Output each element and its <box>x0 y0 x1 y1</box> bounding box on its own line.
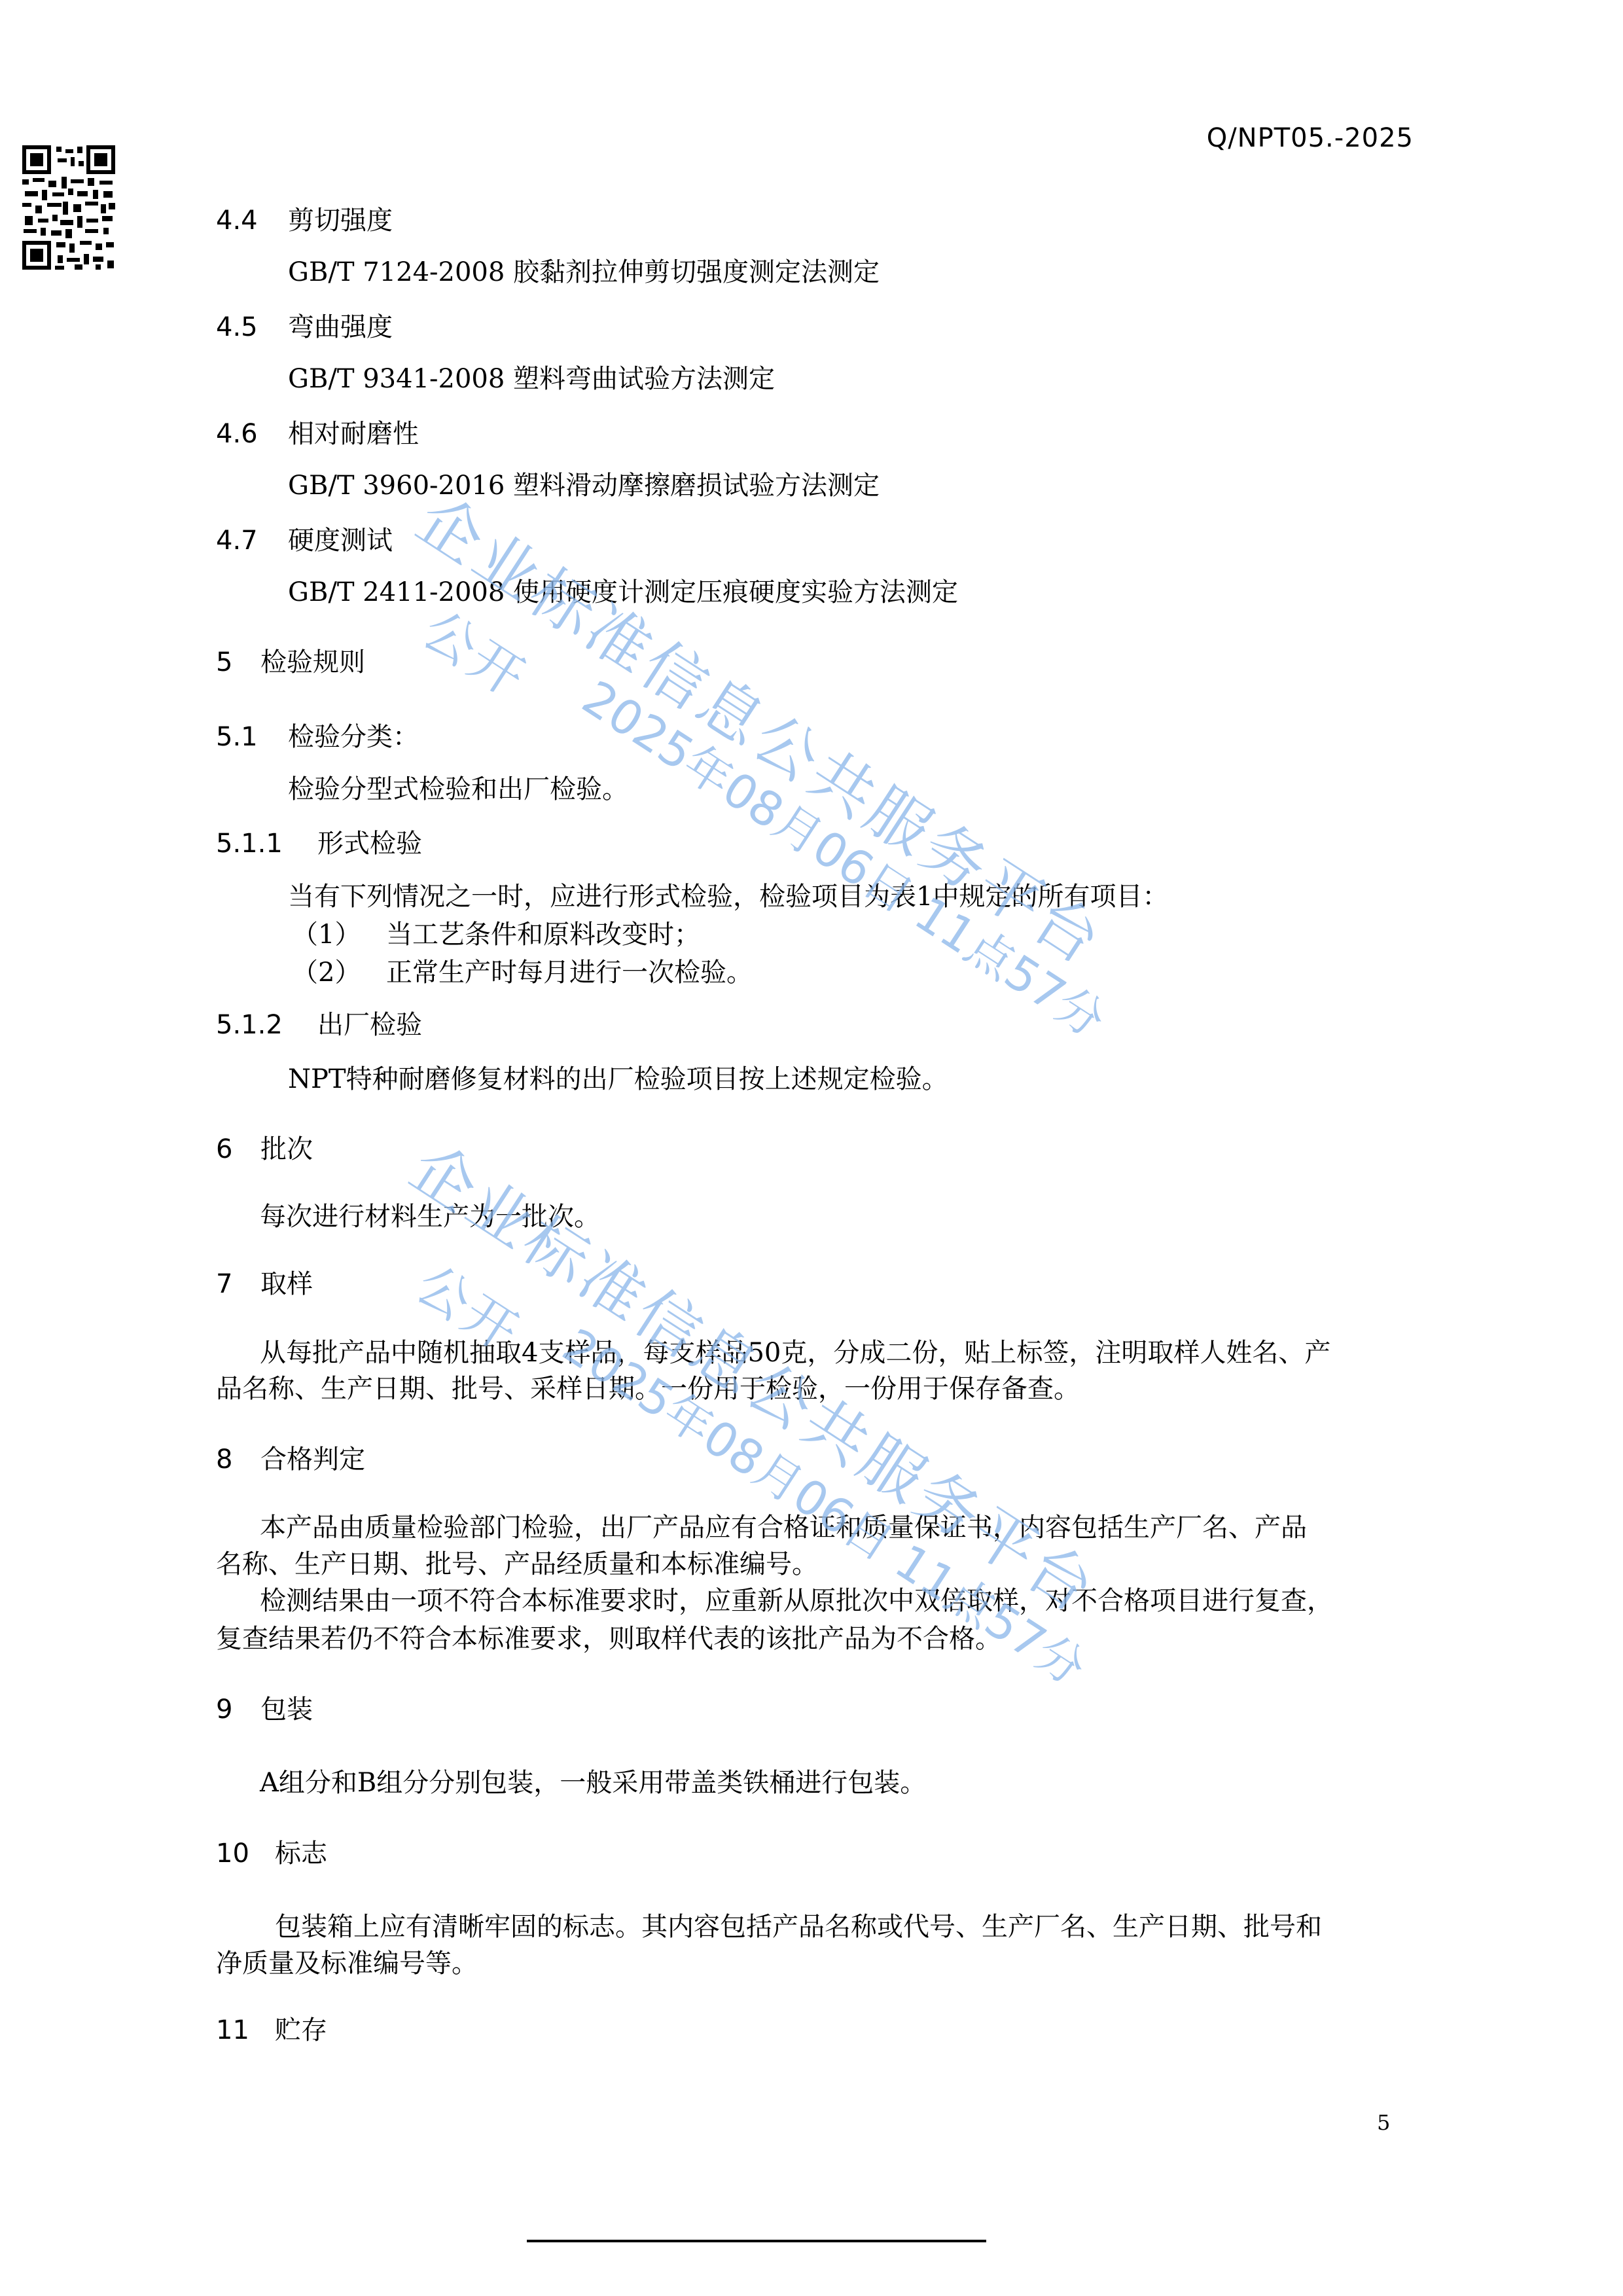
section-heading-4-5: 4.5弯曲强度 <box>216 306 393 344</box>
section-title: 检验规则 <box>260 647 365 677</box>
section-number: 8 <box>216 1444 260 1475</box>
section-body-line: 复查结果若仍不符合本标准要求，则取样代表的该批产品为不合格。 <box>216 1618 1001 1655</box>
list-text: 当工艺条件和原料改变时； <box>386 920 700 950</box>
list-item: （1）当工艺条件和原料改变时； <box>292 914 700 951</box>
section-title: 形式检验 <box>317 829 422 859</box>
section-number: 7 <box>216 1269 260 1299</box>
section-title: 出厂检验 <box>317 1010 422 1040</box>
section-body: GB/T 7124-2008 胶黏剂拉伸剪切强度测定法测定 <box>288 251 880 289</box>
section-body-line: 检测结果由一项不符合本标准要求时，应重新从原批次中双倍取样，对不合格项目进行复查… <box>260 1580 1333 1617</box>
section-number: 9 <box>216 1695 260 1725</box>
section-body: A组分和B组分分别包装，一般采用带盖类铁桶进行包装。 <box>260 1762 926 1799</box>
footer-rule <box>527 2240 986 2242</box>
section-heading-4-6: 4.6相对耐磨性 <box>216 413 419 450</box>
section-heading-6: 6批次 <box>216 1128 313 1166</box>
section-number: 4.6 <box>216 419 288 449</box>
section-number: 10 <box>216 1839 275 1869</box>
section-title: 批次 <box>260 1134 313 1164</box>
section-heading-9: 9包装 <box>216 1689 313 1726</box>
section-title: 剪切强度 <box>288 206 393 236</box>
section-number: 4.4 <box>216 206 288 236</box>
document-code: Q/NPT05.-2025 <box>1207 123 1414 153</box>
list-marker: （2） <box>292 952 386 989</box>
section-heading-5-1-1: 5.1.1形式检验 <box>216 823 422 860</box>
section-body: 检验分型式检验和出厂检验。 <box>288 768 628 806</box>
section-heading-5: 5检验规则 <box>216 641 365 679</box>
section-heading-11: 11贮存 <box>216 2009 327 2047</box>
section-body: GB/T 3960-2016 塑料滑动摩擦磨损试验方法测定 <box>288 465 880 502</box>
section-heading-4-7: 4.7硬度测试 <box>216 520 393 557</box>
section-title: 硬度测试 <box>288 526 393 556</box>
section-title: 相对耐磨性 <box>288 419 419 449</box>
section-body: 当有下列情况之一时，应进行形式检验，检验项目为表1中规定的所有项目： <box>288 876 1168 913</box>
section-body-line: 包装箱上应有清晰牢固的标志。其内容包括产品名称或代号、生产厂名、生产日期、批号和 <box>275 1906 1322 1943</box>
section-body: NPT特种耐磨修复材料的出厂检验项目按上述规定检验。 <box>288 1058 948 1096</box>
section-title: 标志 <box>275 1839 327 1869</box>
section-title: 取样 <box>260 1269 313 1299</box>
section-title: 合格判定 <box>260 1444 365 1475</box>
section-number: 4.5 <box>216 312 288 342</box>
section-title: 贮存 <box>275 2015 327 2045</box>
section-number: 5 <box>216 647 260 677</box>
section-body-line: 净质量及标准编号等。 <box>216 1943 478 1980</box>
section-number: 5.1 <box>216 722 288 752</box>
document-page: Q/NPT05.-2025 4.4剪切强度 GB/T 7124-2008 胶黏剂… <box>0 0 1623 2296</box>
watermark-timestamp: 2025年08月06日 11点57分 <box>571 661 1120 1050</box>
section-body: GB/T 9341-2008 塑料弯曲试验方法测定 <box>288 358 775 395</box>
section-number: 4.7 <box>216 526 288 556</box>
section-heading-8: 8合格判定 <box>216 1439 365 1476</box>
section-number: 11 <box>216 2015 275 2045</box>
section-body-line: 名称、生产日期、批号、产品经质量和本标准编号。 <box>216 1543 818 1581</box>
section-heading-5-1-2: 5.1.2出厂检验 <box>216 1004 422 1041</box>
section-number: 5.1.2 <box>216 1010 317 1040</box>
section-number: 6 <box>216 1134 260 1164</box>
section-title: 弯曲强度 <box>288 312 393 342</box>
section-heading-10: 10标志 <box>216 1833 327 1870</box>
section-body-line: 品名称、生产日期、批号、采样日期。一份用于检验，一份用于保存备查。 <box>216 1368 1080 1405</box>
section-heading-5-1: 5.1检验分类： <box>216 716 419 753</box>
section-title: 包装 <box>260 1695 313 1725</box>
section-body: GB/T 2411-2008 使用硬度计测定压痕硬度实验方法测定 <box>288 571 958 609</box>
section-heading-7: 7取样 <box>216 1263 313 1300</box>
section-body-line: 本产品由质量检验部门检验，出厂产品应有合格证和质量保证书，内容包括生产厂名、产品 <box>260 1507 1307 1544</box>
page-number: 5 <box>1377 2110 1390 2135</box>
list-item: （2）正常生产时每月进行一次检验。 <box>292 952 753 989</box>
section-number: 5.1.1 <box>216 829 317 859</box>
section-body: 每次进行材料生产为一批次。 <box>260 1196 600 1233</box>
section-title: 检验分类： <box>288 722 419 752</box>
list-marker: （1） <box>292 914 386 951</box>
section-heading-4-4: 4.4剪切强度 <box>216 200 393 237</box>
qr-code-icon <box>22 145 115 270</box>
section-body-line: 从每批产品中随机抽取4支样品，每支样品50克，分成二份，贴上标签，注明取样人姓名… <box>260 1332 1330 1369</box>
list-text: 正常生产时每月进行一次检验。 <box>386 958 753 988</box>
